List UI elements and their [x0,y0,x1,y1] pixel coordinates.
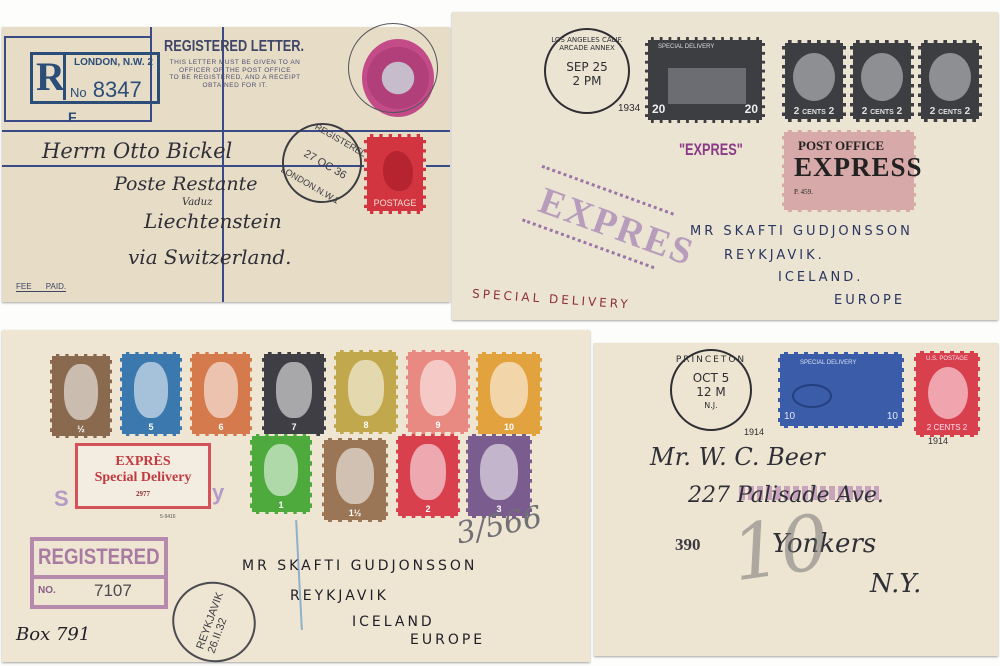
address-line: via Switzerland. [128,245,292,269]
portrait-icon [793,53,835,101]
postmark-year: 1914 [928,436,948,446]
los-angeles-postmark: LOS ANGELES CALIF. ARCADE ANNEX SEP 25 2… [544,28,630,114]
registered-handstamp: REGISTERED NO. 7107 [30,537,168,609]
portrait-icon [861,53,903,101]
stamp-9-cent: 9 [406,350,470,434]
expres-special-delivery-label: EXPRÈS Special Delivery 2977 [75,443,211,509]
label-print-code: 5-9416 [160,514,176,520]
printed-instructions: THIS LETTER MUST BE GIVEN TO AN OFFICER … [160,59,310,89]
princeton-postmark: PRINCETON OCT 5 12 M N.J. [670,349,752,431]
stamp-10-cent: 10 [476,352,542,436]
stamp-6-cent: 6 [190,352,252,436]
envelope-registered-letter-london: R LONDON, N.W. 2 No 8347 F REGISTERED LE… [2,27,450,302]
postage-stamp-1d: POSTAGE [364,134,426,214]
envelope-washington-bicentennial: ½ 5 6 7 8 9 10 1 1½ 2 3 S y EXPRÈS Speci… [2,330,590,662]
fee-paid-text: FEE PAID. [16,282,66,292]
expres-handstamp-quoted: "EXPRES" [679,140,743,160]
stamp-half-cent: ½ [50,354,112,438]
bicycle-messenger-icon [792,384,832,408]
cover-number: 390 [675,535,701,555]
address-line: Mr. W. C. Beer [650,443,825,471]
special-delivery-stamp-20c: SPECIAL DELIVERY 20 20 [645,37,765,123]
portrait-icon [929,53,971,101]
special-delivery-stamp-10c: SPECIAL DELIVERY 10 10 [778,352,904,428]
stamp-2-cent: 2 [396,434,460,518]
circular-postmark [348,23,438,113]
blue-registration-line [2,130,450,132]
address-line: Liechtenstein [144,209,282,233]
partial-handstamp-s: S [54,486,69,512]
post-office-express-label: POST OFFICE EXPRESS P. 459. [782,130,916,212]
postmark-year: 1934 [618,103,640,114]
postage-stamp-2c-washington: U.S. POSTAGE 2 CENTS 2 [914,351,980,437]
address-line: Poste Restante [114,173,258,195]
address-line: MR SKAFTI GUDJONSSON [690,224,913,239]
expres-boxed-handstamp: EXPRES [522,165,674,269]
mail-truck-icon [668,68,746,104]
address-line: Herrn Otto Bickel [42,139,232,163]
registration-number: No 8347 [70,77,142,103]
stamp-8-cent: 8 [334,350,398,434]
washington-portrait-icon [928,367,968,419]
address-line: REYKJAVIK [290,588,389,604]
postage-stamp-2c: 2 CENTS 2 [782,40,846,122]
address-line: N.Y. [870,569,921,599]
address-line: MR SKAFTI GUDJONSSON [242,558,477,574]
address-line: EUROPE [410,632,485,648]
stamp-5-cent: 5 [120,352,182,436]
registered-oval-postmark: REGISTERED 27 OC 36 LONDON.N.W.1 [267,108,376,217]
blue-crayon-line [295,520,303,630]
stamp-1-half-cent: 1½ [322,438,388,522]
address-line: ICELAND. [778,270,863,285]
postage-stamp-2c: 2 CENTS 2 [850,40,914,122]
stamp-7-cent: 7 [262,352,326,436]
registration-office: LONDON, N.W. 2 [74,57,153,68]
registration-mark-f: F [68,109,77,125]
postage-stamp-2c: 2 CENTS 2 [918,40,982,122]
reykjavik-postmark: REYKJAVIK 26.II.32 [161,570,267,666]
address-line: EUROPE [834,293,905,308]
partial-handstamp-y: y [212,480,224,506]
address-line: ICELAND [352,614,435,630]
sender-box-note: Box 791 [16,624,90,645]
envelope-los-angeles-express: LOS ANGELES CALIF. ARCADE ANNEX SEP 25 2… [452,12,998,320]
stamp-1-cent: 1 [250,434,312,514]
envelope-princeton-special-delivery: PRINCETON OCT 5 12 M N.J. 1914 1914 SPEC… [594,343,998,656]
king-portrait-icon [383,151,413,191]
postmark-year: 1914 [744,427,764,437]
registration-r-mark: R [36,54,66,100]
special-delivery-note: SPECIAL DELIVERY [472,286,631,311]
address-line: REYKJAVIK. [724,248,825,263]
pencil-mark-10: 10 [726,497,834,599]
printed-heading: REGISTERED LETTER. [164,38,304,56]
address-line: Vaduz [182,197,212,208]
